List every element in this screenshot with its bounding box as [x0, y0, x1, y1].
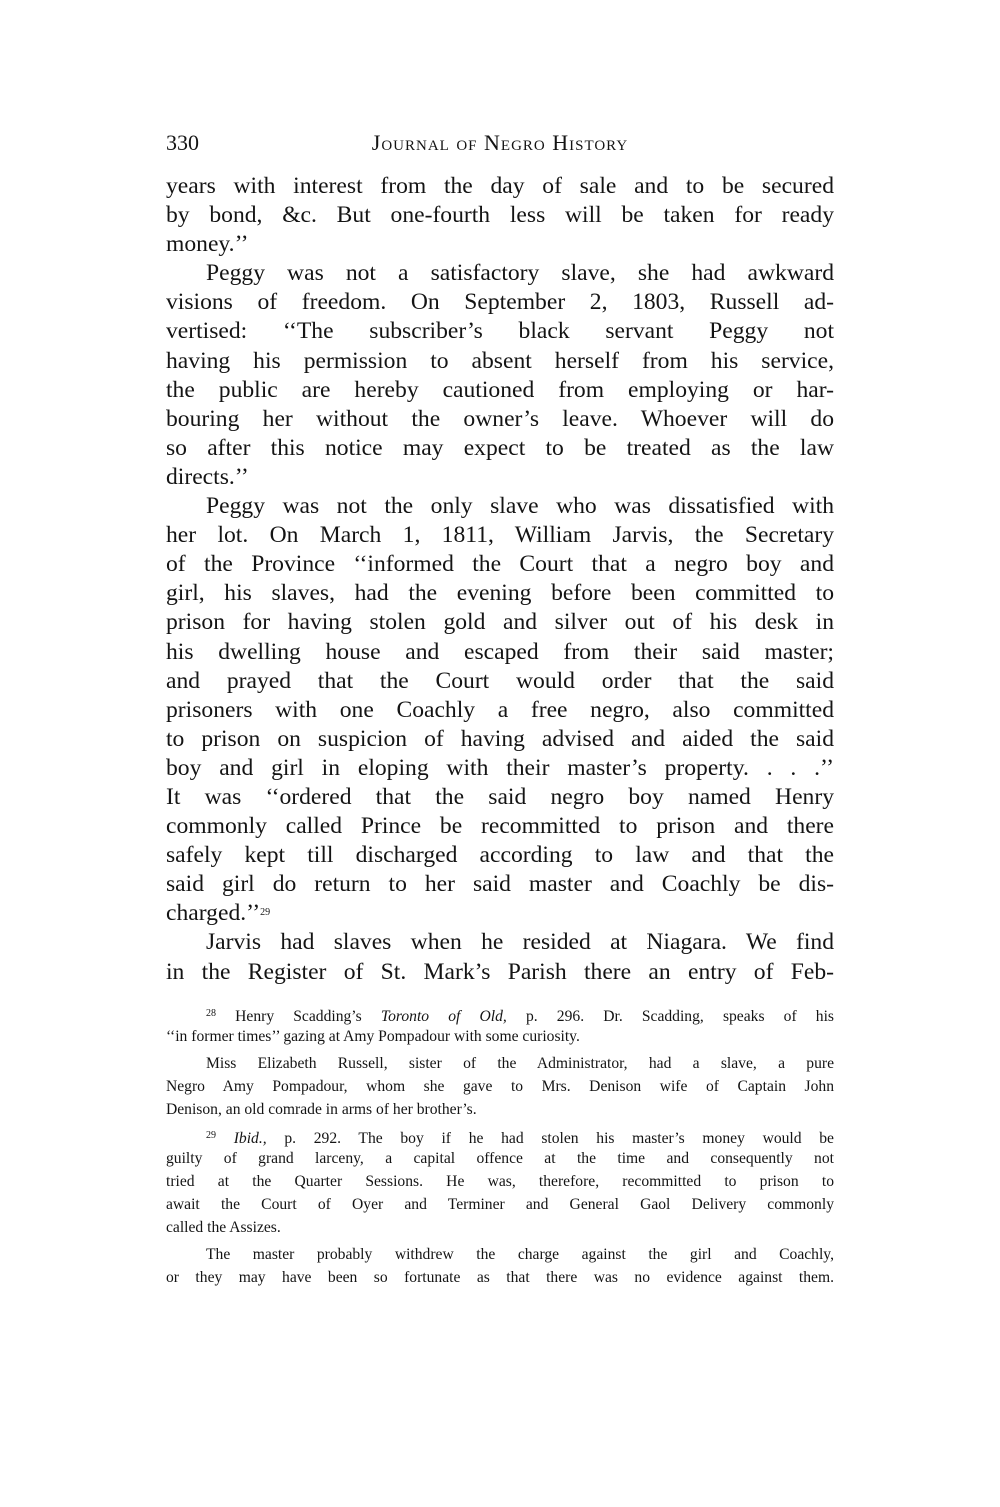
text-line: bouring her without the owner’s leave. W… [166, 405, 834, 434]
footnote-line: Negro Amy Pompadour, whom she gave to Mr… [166, 1076, 834, 1099]
text-line: years with interest from the day of sale… [166, 172, 834, 201]
footnote-29-continued: The master probably withdrew the charge … [166, 1244, 834, 1290]
text-line: in the Register of St. Mark’s Parish the… [166, 958, 834, 987]
footnote-ref[interactable]: 29 [260, 907, 270, 918]
text-fragment: charged.’’ [166, 900, 260, 926]
footnote-line: await the Court of Oyer and Terminer and… [166, 1194, 834, 1217]
footnote-28: 28 Henry Scadding’s Toronto of Old, p. 2… [166, 1003, 834, 1049]
text-line: vertised: ‘‘The subscriber’s black serva… [166, 317, 834, 346]
text-line: Peggy was not a satisfactory slave, she … [166, 259, 834, 288]
text-line: to prison on suspicion of having advised… [166, 725, 834, 754]
running-title: Journal of Negro History [166, 130, 834, 156]
footnote-line: ‘‘in former times’’ gazing at Amy Pompad… [166, 1026, 834, 1049]
text-line: girl, his slaves, had the evening before… [166, 579, 834, 608]
text-line: safely kept till discharged according to… [166, 841, 834, 870]
text-line: charged.’’29 [166, 899, 834, 928]
book-title: Toronto of Old, [381, 1008, 507, 1025]
text-fragment [216, 1130, 234, 1147]
footnote-line: The master probably withdrew the charge … [166, 1244, 834, 1267]
body-text: years with interest from the day of sale… [166, 172, 834, 987]
text-line: money.’’ [166, 230, 834, 259]
text-line: prison for having stolen gold and silver… [166, 608, 834, 637]
text-line: his dwelling house and escaped from thei… [166, 638, 834, 667]
text-line: so after this notice may expect to be tr… [166, 434, 834, 463]
paragraph: years with interest from the day of sale… [166, 172, 834, 259]
text-line: prisoners with one Coachly a free negro,… [166, 696, 834, 725]
footnote-line: 29 Ibid., p. 292. The boy if he had stol… [166, 1125, 834, 1148]
text-line: by bond, &c. But one-fourth less will be… [166, 201, 834, 230]
text-line: of the Province ‘‘informed the Court tha… [166, 550, 834, 579]
footnotes: 28 Henry Scadding’s Toronto of Old, p. 2… [166, 1003, 834, 1294]
text-line: Jarvis had slaves when he resided at Nia… [166, 928, 834, 957]
footnote-28-continued: Miss Elizabeth Russell, sister of the Ad… [166, 1053, 834, 1122]
text-line: commonly called Prince be recommitted to… [166, 812, 834, 841]
text-line: the public are hereby cautioned from emp… [166, 376, 834, 405]
text-fragment: p. 296. Dr. Scadding, speaks of his [507, 1008, 834, 1025]
footnote-line: called the Assizes. [166, 1217, 834, 1240]
footnote-line: 28 Henry Scadding’s Toronto of Old, p. 2… [166, 1003, 834, 1026]
footnote-line: or they may have been so fortunate as th… [166, 1267, 834, 1290]
paragraph: Peggy was not a satisfactory slave, she … [166, 259, 834, 492]
text-line: It was ‘‘ordered that the said negro boy… [166, 783, 834, 812]
text-fragment: Henry Scadding’s [216, 1008, 381, 1025]
text-line: boy and girl in eloping with their maste… [166, 754, 834, 783]
paragraph: Jarvis had slaves when he resided at Nia… [166, 928, 834, 986]
text-line: visions of freedom. On September 2, 1803… [166, 288, 834, 317]
ibid-italic: Ibid., [234, 1130, 267, 1147]
footnote-line: Miss Elizabeth Russell, sister of the Ad… [166, 1053, 834, 1076]
text-line: directs.’’ [166, 463, 834, 492]
text-line: said girl do return to her said master a… [166, 870, 834, 899]
text-line: and prayed that the Court would order th… [166, 667, 834, 696]
footnote-number: 29 [206, 1130, 216, 1141]
footnote-line: guilty of grand larceny, a capital offen… [166, 1148, 834, 1171]
text-line: Peggy was not the only slave who was dis… [166, 492, 834, 521]
paragraph: Peggy was not the only slave who was dis… [166, 492, 834, 928]
page-header: 330 Journal of Negro History [166, 130, 834, 160]
footnote-line: tried at the Quarter Sessions. He was, t… [166, 1171, 834, 1194]
text-fragment: p. 292. The boy if he had stolen his mas… [267, 1130, 834, 1147]
text-line: having his permission to absent herself … [166, 347, 834, 376]
text-line: her lot. On March 1, 1811, William Jarvi… [166, 521, 834, 550]
footnote-29: 29 Ibid., p. 292. The boy if he had stol… [166, 1125, 834, 1239]
footnote-line: Denison, an old comrade in arms of her b… [166, 1099, 834, 1122]
footnote-number: 28 [206, 1008, 216, 1019]
